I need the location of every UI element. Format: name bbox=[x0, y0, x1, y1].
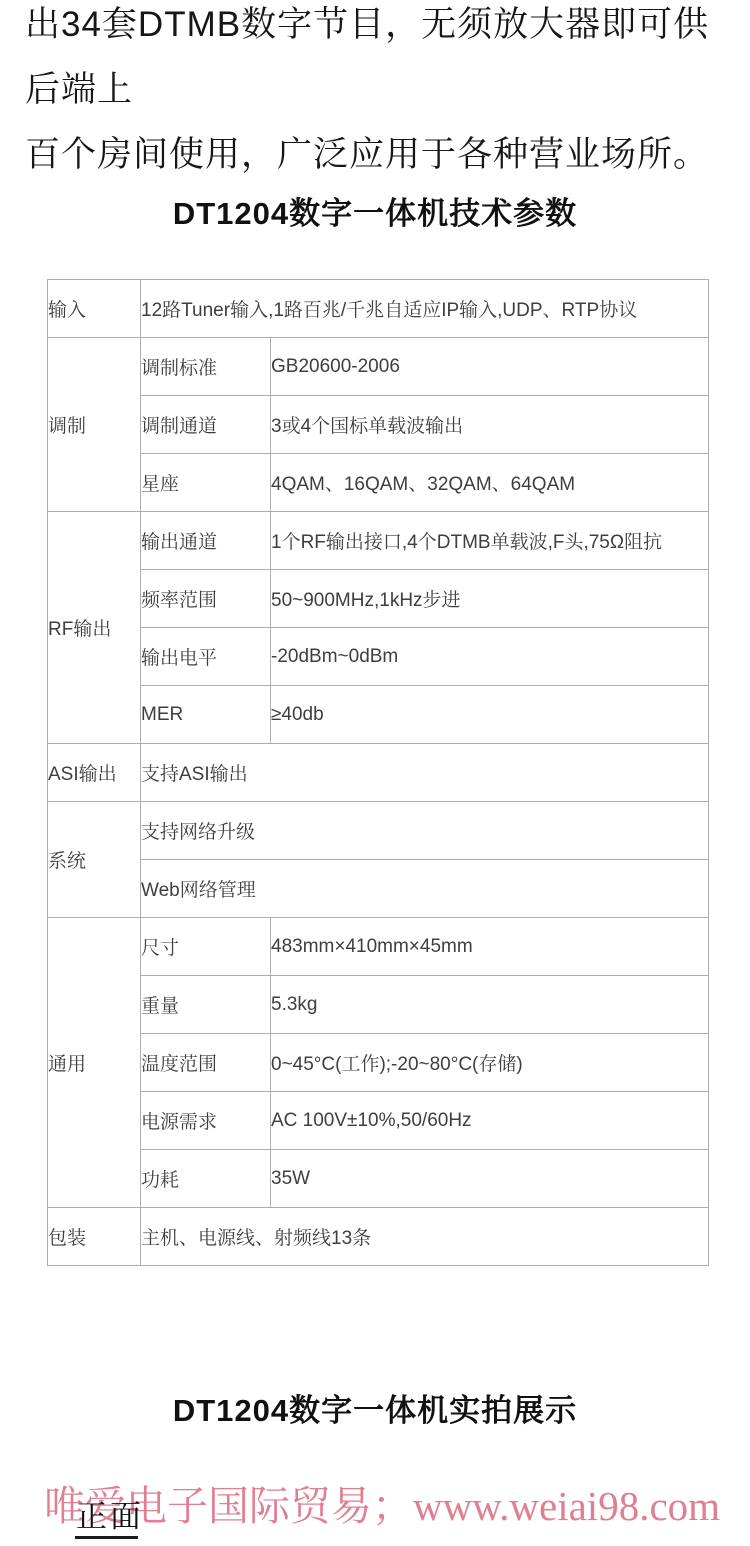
front-caption-underline bbox=[75, 1536, 138, 1539]
spec-label-cell: 星座 bbox=[141, 454, 271, 512]
category-cell-modulation: 调制 bbox=[48, 338, 141, 512]
spec-label-cell: 输出电平 bbox=[141, 628, 271, 686]
spec-value-cell: 支持网络升级 bbox=[141, 802, 709, 860]
spec-label-cell: 频率范围 bbox=[141, 570, 271, 628]
spec-row: 包装 主机、电源线、射频线13条 bbox=[48, 1208, 709, 1266]
spec-value-cell: 0~45°C(工作);-20~80°C(存储) bbox=[271, 1034, 709, 1092]
intro-line-1: 出34套DTMB数字节目，无须放大器即可供后端上 bbox=[25, 0, 735, 122]
spec-row: 调制通道 3或4个国标单载波输出 bbox=[48, 396, 709, 454]
spec-row: ASI输出 支持ASI输出 bbox=[48, 744, 709, 802]
spec-table: 输入 12路Tuner输入,1路百兆/千兆自适应IP输入,UDP、RTP协议 调… bbox=[47, 279, 709, 1266]
spec-value-cell: 5.3kg bbox=[271, 976, 709, 1034]
spec-row: 功耗 35W bbox=[48, 1150, 709, 1208]
spec-row: 电源需求 AC 100V±10%,50/60Hz bbox=[48, 1092, 709, 1150]
intro-line-2: 百个房间使用，广泛应用于各种营业场所。 bbox=[25, 122, 735, 187]
spec-value-cell: 主机、电源线、射频线13条 bbox=[141, 1208, 709, 1266]
spec-value-cell: GB20600-2006 bbox=[271, 338, 709, 396]
spec-label-cell: 电源需求 bbox=[141, 1092, 271, 1150]
spec-value-cell: 50~900MHz,1kHz步进 bbox=[271, 570, 709, 628]
spec-row: MER ≥40db bbox=[48, 686, 709, 744]
spec-row: 系统 支持网络升级 bbox=[48, 802, 709, 860]
spec-row: 重量 5.3kg bbox=[48, 976, 709, 1034]
spec-label-cell: 调制标准 bbox=[141, 338, 271, 396]
spec-row: 星座 4QAM、16QAM、32QAM、64QAM bbox=[48, 454, 709, 512]
spec-value-cell: 12路Tuner输入,1路百兆/千兆自适应IP输入,UDP、RTP协议 bbox=[141, 280, 709, 338]
spec-row: Web网络管理 bbox=[48, 860, 709, 918]
spec-value-cell: AC 100V±10%,50/60Hz bbox=[271, 1092, 709, 1150]
spec-value-cell: 483mm×410mm×45mm bbox=[271, 918, 709, 976]
category-cell-asi-output: ASI输出 bbox=[48, 744, 141, 802]
spec-row: 频率范围 50~900MHz,1kHz步进 bbox=[48, 570, 709, 628]
category-cell-system: 系统 bbox=[48, 802, 141, 918]
spec-label-cell: 输出通道 bbox=[141, 512, 271, 570]
category-cell-rf-output: RF输出 bbox=[48, 512, 141, 744]
spec-row: 输出电平 -20dBm~0dBm bbox=[48, 628, 709, 686]
spec-value-cell: 支持ASI输出 bbox=[141, 744, 709, 802]
front-photo-caption: 正面 bbox=[76, 1491, 144, 1536]
category-cell-packaging: 包装 bbox=[48, 1208, 141, 1266]
spec-value-cell: -20dBm~0dBm bbox=[271, 628, 709, 686]
category-cell-general: 通用 bbox=[48, 918, 141, 1208]
spec-label-cell: MER bbox=[141, 686, 271, 744]
spec-label-cell: 重量 bbox=[141, 976, 271, 1034]
spec-row: 温度范围 0~45°C(工作);-20~80°C(存储) bbox=[48, 1034, 709, 1092]
category-cell-input: 输入 bbox=[48, 280, 141, 338]
spec-value-cell: ≥40db bbox=[271, 686, 709, 744]
intro-text: 出34套DTMB数字节目，无须放大器即可供后端上 百个房间使用，广泛应用于各种营… bbox=[25, 0, 735, 187]
photos-section-title: DT1204数字一体机实拍展示 bbox=[0, 1385, 750, 1430]
spec-label-cell: 尺寸 bbox=[141, 918, 271, 976]
spec-value-cell: 3或4个国标单载波输出 bbox=[271, 396, 709, 454]
spec-row: RF输出 输出通道 1个RF输出接口,4个DTMB单载波,F头,75Ω阻抗 bbox=[48, 512, 709, 570]
spec-value-cell: 1个RF输出接口,4个DTMB单载波,F头,75Ω阻抗 bbox=[271, 512, 709, 570]
spec-value-cell: 4QAM、16QAM、32QAM、64QAM bbox=[271, 454, 709, 512]
spec-value-cell: 35W bbox=[271, 1150, 709, 1208]
spec-row: 调制 调制标准 GB20600-2006 bbox=[48, 338, 709, 396]
spec-label-cell: 调制通道 bbox=[141, 396, 271, 454]
spec-row: 输入 12路Tuner输入,1路百兆/千兆自适应IP输入,UDP、RTP协议 bbox=[48, 280, 709, 338]
specs-section-title: DT1204数字一体机技术参数 bbox=[0, 188, 750, 233]
spec-value-cell: Web网络管理 bbox=[141, 860, 709, 918]
spec-label-cell: 功耗 bbox=[141, 1150, 271, 1208]
watermark-text: 唯爱电子国际贸易；www.weiai98.com bbox=[44, 1473, 750, 1532]
spec-row: 通用 尺寸 483mm×410mm×45mm bbox=[48, 918, 709, 976]
spec-label-cell: 温度范围 bbox=[141, 1034, 271, 1092]
